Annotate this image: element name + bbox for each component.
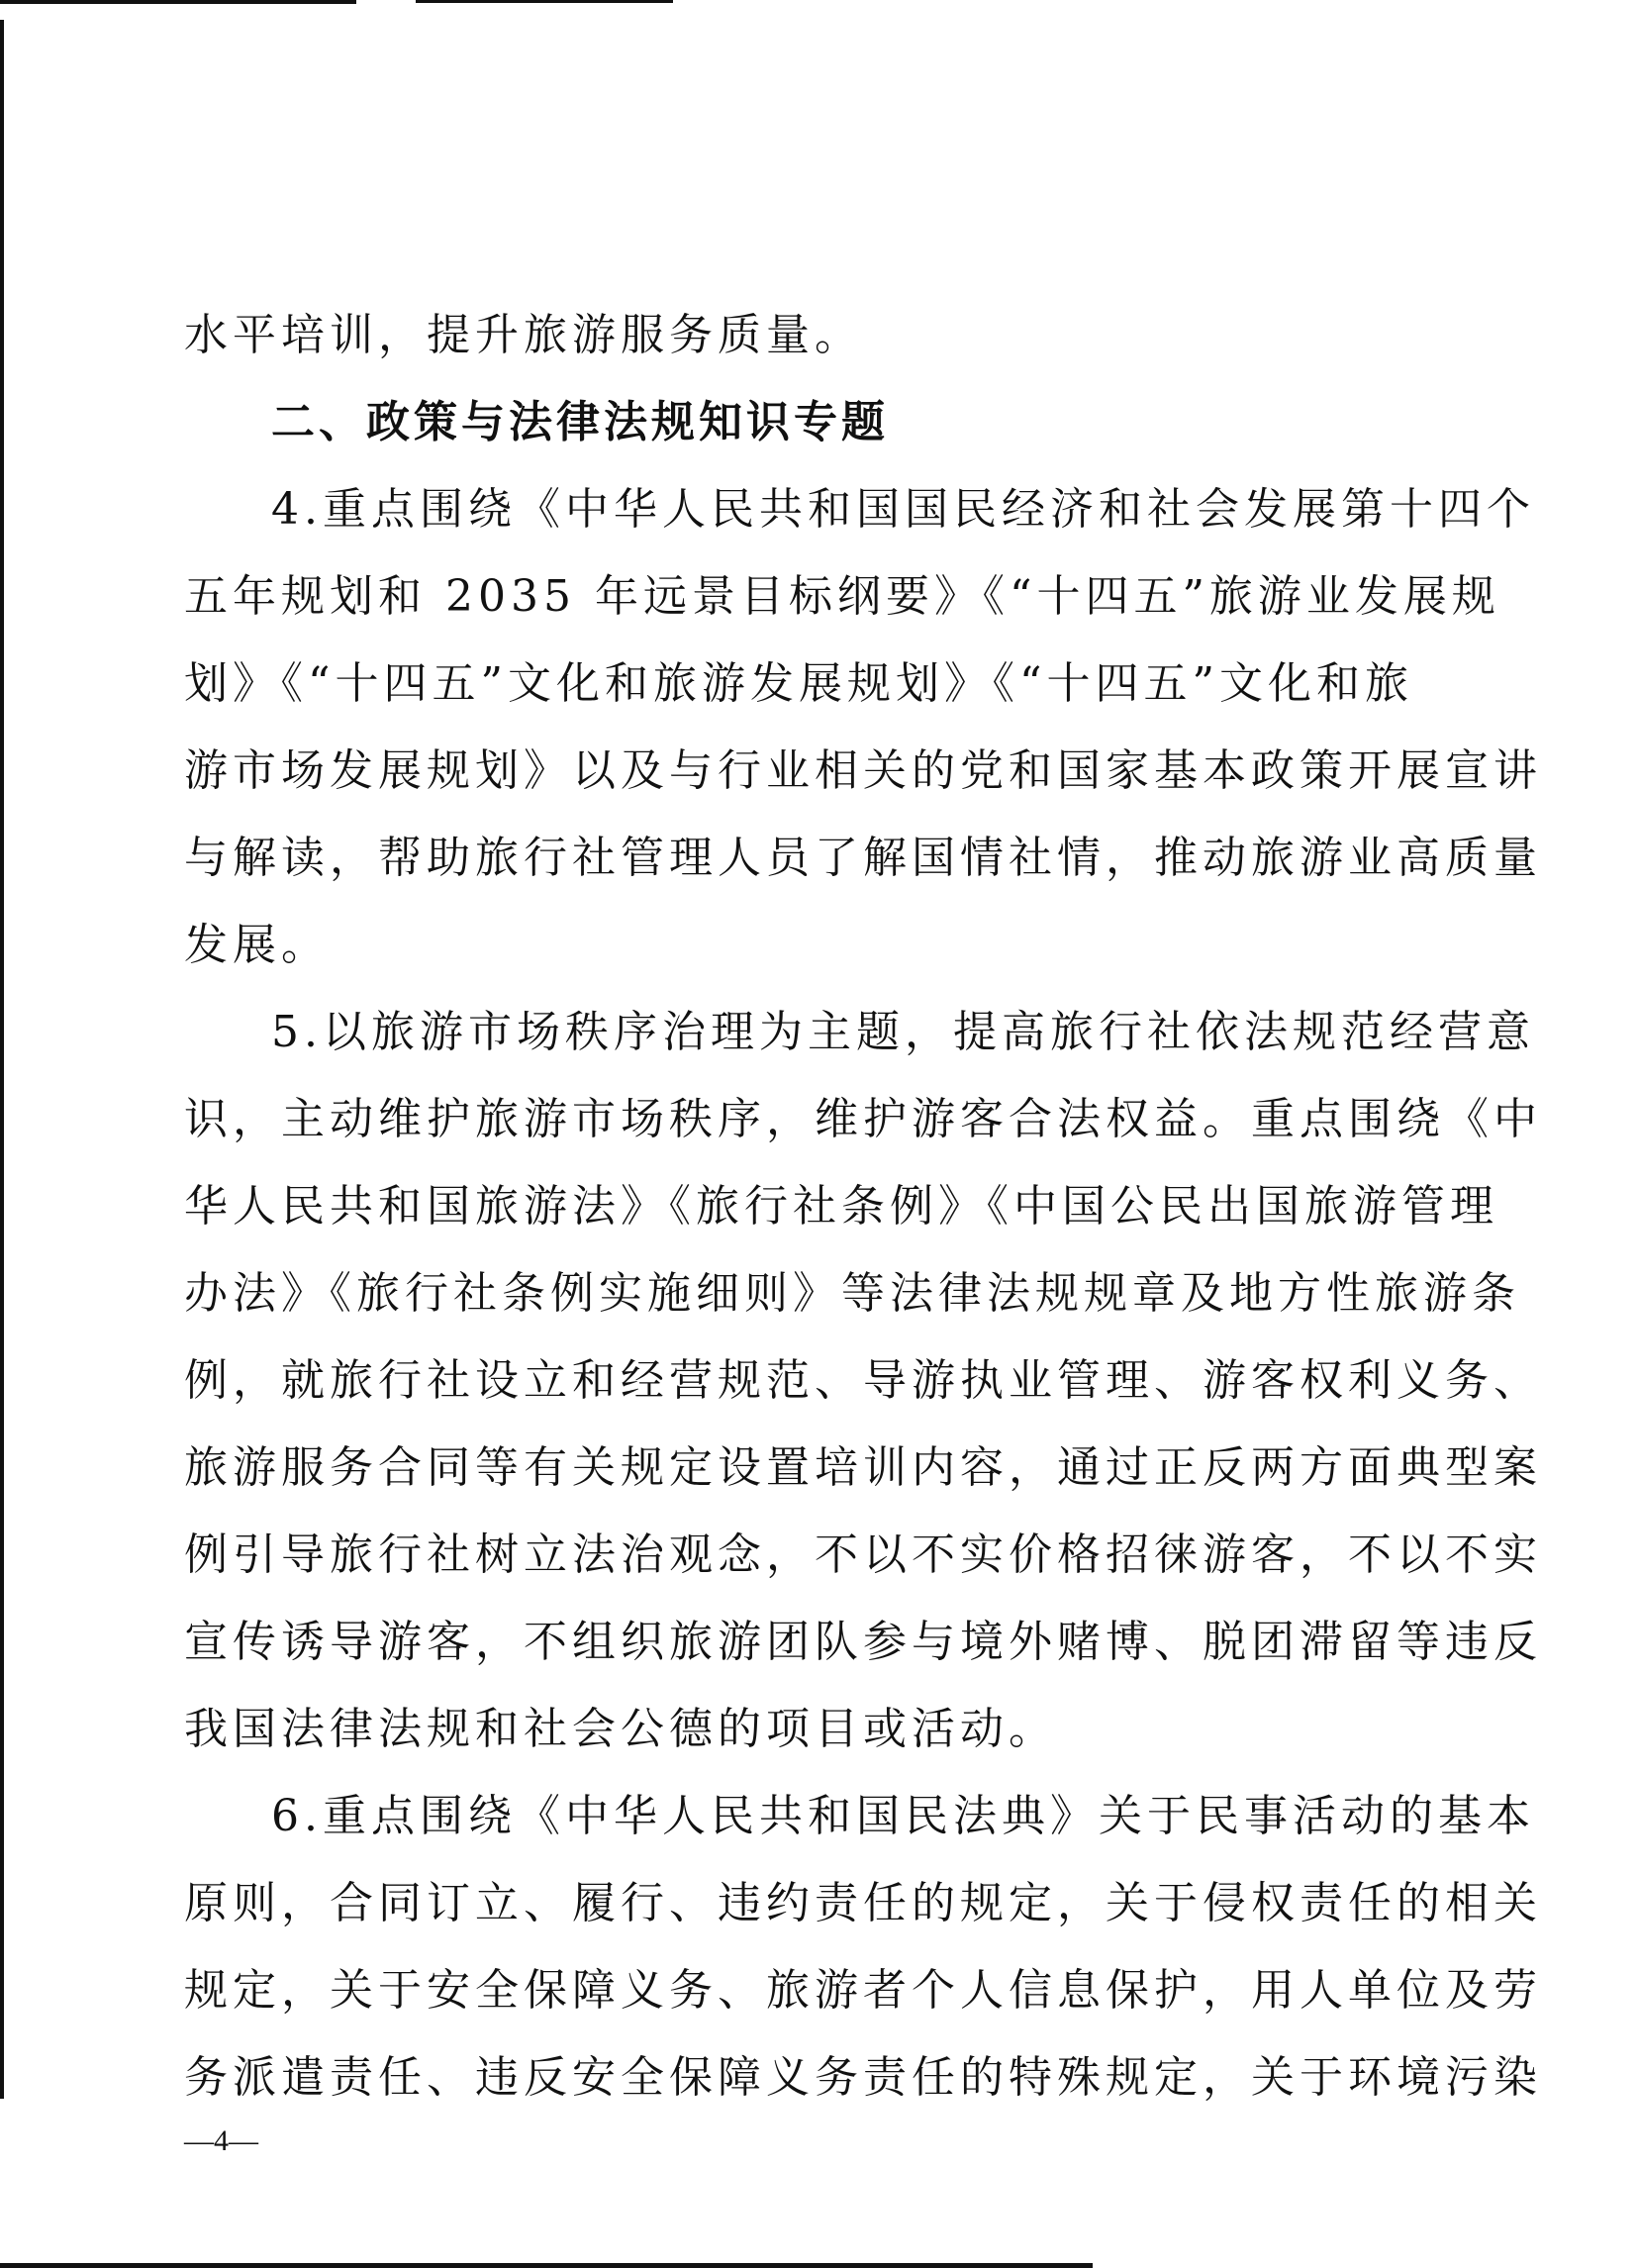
paragraph-line: 4.重点围绕《中华人民共和国国民经济和社会发展第十四个 (184, 466, 1403, 553)
document-page: 水平培训，提升旅游服务质量。 二、政策与法律法规知识专题 4.重点围绕《中华人民… (184, 292, 1403, 2121)
paragraph-line: 旅游服务合同等有关规定设置培训内容，通过正反两方面典型案 (184, 1425, 1403, 1512)
paragraph-line: 规定，关于安全保障义务、旅游者个人信息保护，用人单位及劳 (184, 1947, 1403, 2034)
paragraph-6: 6.重点围绕《中华人民共和国民法典》关于民事活动的基本 原则，合同订立、履行、违… (184, 1773, 1403, 2121)
paragraph-line: 划》《“十四五”文化和旅游发展规划》《“十四五”文化和旅 (184, 641, 1403, 728)
paragraph-line: 我国法律法规和社会公德的项目或活动。 (184, 1686, 1403, 1773)
paragraph-line: 5.以旅游市场秩序治理为主题，提高旅行社依法规范经营意 (184, 989, 1403, 1076)
paragraph-line: 原则，合同订立、履行、违约责任的规定，关于侵权责任的相关 (184, 1860, 1403, 1947)
paragraph-5: 5.以旅游市场秩序治理为主题，提高旅行社依法规范经营意 识，主动维护旅游市场秩序… (184, 989, 1403, 1773)
scan-edge-top (0, 0, 356, 4)
paragraph-line: 务派遣责任、违反安全保障义务责任的特殊规定，关于环境污染 (184, 2034, 1403, 2121)
paragraph-line: 办法》《旅行社条例实施细则》等法律法规规章及地方性旅游条 (184, 1250, 1403, 1337)
paragraph-line: 6.重点围绕《中华人民共和国民法典》关于民事活动的基本 (184, 1773, 1403, 1860)
paragraph-line: 游市场发展规划》以及与行业相关的党和国家基本政策开展宣讲 (184, 728, 1403, 815)
paragraph-line: 华人民共和国旅游法》《旅行社条例》《中国公民出国旅游管理 (184, 1163, 1403, 1250)
paragraph-line: 与解读，帮助旅行社管理人员了解国情社情，推动旅游业高质量 (184, 815, 1403, 902)
paragraph-line: 例，就旅行社设立和经营规范、导游执业管理、游客权利义务、 (184, 1337, 1403, 1425)
paragraph-line: 宣传诱导游客，不组织旅游团队参与境外赌博、脱团滞留等违反 (184, 1599, 1403, 1686)
paragraph-line: 例引导旅行社树立法治观念，不以不实价格招徕游客，不以不实 (184, 1512, 1403, 1599)
continuation-line: 水平培训，提升旅游服务质量。 (184, 292, 1403, 379)
paragraph-line: 识，主动维护旅游市场秩序，维护游客合法权益。重点围绕《中 (184, 1076, 1403, 1163)
section-heading: 二、政策与法律法规知识专题 (184, 379, 1403, 466)
page-number: —4— (184, 2124, 258, 2158)
paragraph-line: 发展。 (184, 902, 1403, 989)
scan-edge-top (416, 0, 673, 3)
scan-edge-bottom (0, 2263, 1093, 2268)
scan-edge-left (0, 20, 4, 2099)
paragraph-4: 4.重点围绕《中华人民共和国国民经济和社会发展第十四个 五年规划和 2035 年… (184, 466, 1403, 989)
paragraph-line: 五年规划和 2035 年远景目标纲要》《“十四五”旅游业发展规 (184, 553, 1403, 641)
